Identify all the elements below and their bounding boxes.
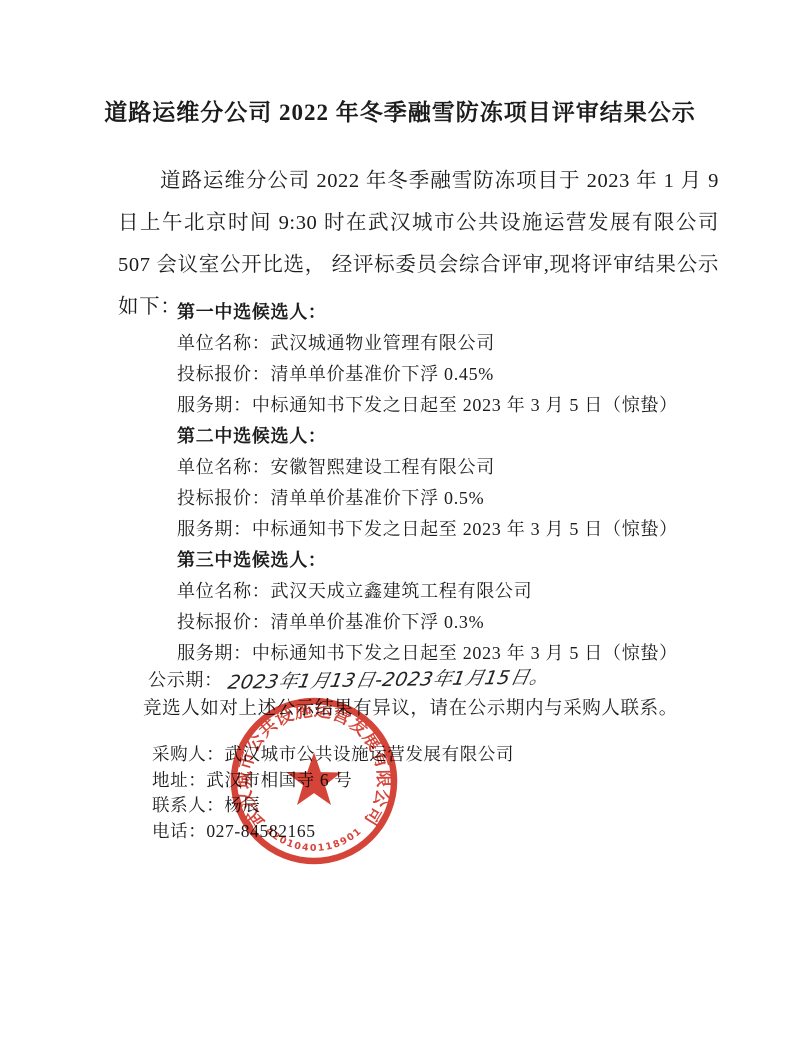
phone-label: 电话： — [152, 821, 206, 841]
address-value: 武汉市相国寺 6 号 — [206, 770, 352, 790]
price-value: 清单单价基准价下浮 0.5% — [271, 488, 485, 508]
period-label: 服务期： — [177, 643, 252, 663]
company-value: 武汉城通物业管理有限公司 — [271, 333, 495, 353]
company-value: 安徽智熙建设工程有限公司 — [271, 457, 495, 477]
candidate-3-rank-header: 第三中选候选人： — [177, 545, 678, 576]
publicity-period-row: 公示期：2023年1月13日-2023年1月15日。 — [148, 665, 549, 692]
phone-row: 电话：027-84582165 — [152, 819, 514, 845]
price-label: 投标报价： — [177, 364, 271, 384]
purchaser-row: 采购人：武汉城市公共设施运营发展有限公司 — [152, 742, 514, 768]
company-label: 单位名称： — [177, 333, 271, 353]
contact-person-value: 杨辰 — [224, 795, 260, 815]
period-value: 中标通知书下发之日起至 2023 年 3 月 5 日（惊蛰） — [252, 395, 678, 415]
price-label: 投标报价： — [177, 488, 271, 508]
company-value: 武汉天成立鑫建筑工程有限公司 — [271, 581, 533, 601]
price-label: 投标报价： — [177, 612, 271, 632]
company-label: 单位名称： — [177, 457, 271, 477]
candidate-1-company-row: 单位名称：武汉城通物业管理有限公司 — [177, 328, 678, 359]
candidate-2-rank-header: 第二中选候选人： — [177, 421, 678, 452]
phone-value: 027-84582165 — [206, 821, 315, 841]
company-label: 单位名称： — [177, 581, 271, 601]
period-label: 服务期： — [177, 395, 252, 415]
publicity-period-label: 公示期： — [148, 670, 223, 690]
candidate-2-company-row: 单位名称：安徽智熙建设工程有限公司 — [177, 452, 678, 483]
contact-block: 采购人：武汉城市公共设施运营发展有限公司 地址：武汉市相国寺 6 号 联系人：杨… — [152, 742, 514, 844]
purchaser-value: 武汉城市公共设施运营发展有限公司 — [224, 744, 514, 764]
candidate-2-price-row: 投标报价：清单单价基准价下浮 0.5% — [177, 483, 678, 514]
candidate-1-period-row: 服务期：中标通知书下发之日起至 2023 年 3 月 5 日（惊蛰） — [177, 390, 678, 421]
address-label: 地址： — [152, 770, 206, 790]
address-row: 地址：武汉市相国寺 6 号 — [152, 768, 514, 794]
purchaser-label: 采购人： — [152, 744, 224, 764]
candidate-sections: 第一中选候选人： 单位名称：武汉城通物业管理有限公司 投标报价：清单单价基准价下… — [177, 297, 678, 669]
candidate-1-rank-header: 第一中选候选人： — [177, 297, 678, 328]
candidate-1-price-row: 投标报价：清单单价基准价下浮 0.45% — [177, 359, 678, 390]
objection-note: 竞选人如对上述公示结果有异议，请在公示期内与采购人联系。 — [143, 694, 678, 720]
page-title: 道路运维分公司 2022 年冬季融雪防冻项目评审结果公示 — [0, 94, 800, 127]
contact-person-row: 联系人：杨辰 — [152, 793, 514, 819]
period-value: 中标通知书下发之日起至 2023 年 3 月 5 日（惊蛰） — [252, 643, 678, 663]
period-label: 服务期： — [177, 519, 252, 539]
price-value: 清单单价基准价下浮 0.3% — [271, 612, 485, 632]
candidate-2-period-row: 服务期：中标通知书下发之日起至 2023 年 3 月 5 日（惊蛰） — [177, 514, 678, 545]
price-value: 清单单价基准价下浮 0.45% — [271, 364, 495, 384]
notice-document-page: 道路运维分公司 2022 年冬季融雪防冻项目评审结果公示 道路运维分公司 202… — [0, 0, 800, 1047]
candidate-3-company-row: 单位名称：武汉天成立鑫建筑工程有限公司 — [177, 576, 678, 607]
contact-person-label: 联系人： — [152, 795, 224, 815]
publicity-period-handwritten-dates: 2023年1月13日-2023年1月15日。 — [226, 662, 552, 695]
period-value: 中标通知书下发之日起至 2023 年 3 月 5 日（惊蛰） — [252, 519, 678, 539]
candidate-3-price-row: 投标报价：清单单价基准价下浮 0.3% — [177, 607, 678, 638]
